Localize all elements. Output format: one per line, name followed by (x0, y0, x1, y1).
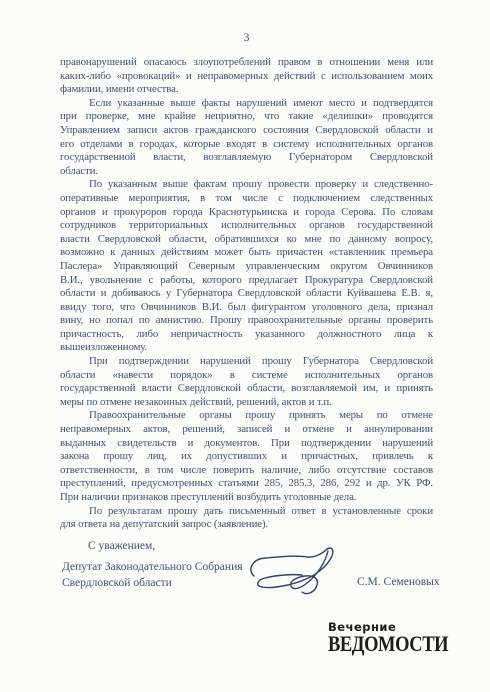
signature-scribble-icon (244, 546, 346, 606)
text-line: для ответа на депутатский запрос (заявле… (60, 518, 433, 532)
paragraph: По результатам прошу дать письменный отв… (60, 505, 433, 532)
text-line: причастность, либо непричастность указан… (60, 328, 433, 342)
signer-role-line2: Свердловской области (62, 576, 243, 592)
signer-name: С.М. Семеновых (357, 576, 440, 588)
paragraph: Правоохранительные органы прошу принять … (60, 409, 433, 504)
text-line: Если указанные выше факты нарушений имею… (60, 97, 433, 111)
page-number: 3 (60, 30, 433, 45)
logo-word-bottom: ВЕДОМОСТИ (328, 633, 448, 654)
text-line: вышеизложенному. (60, 341, 433, 355)
text-line: По указанным выше фактам прошу провести … (60, 178, 433, 192)
text-line: Паслера» Управляющий Северным управленче… (60, 260, 433, 274)
text-line: Правоохранительные органы прошу принять … (60, 409, 433, 423)
text-line: правонарушений опасаюсь злоупотреблений … (60, 56, 433, 70)
text-line: оперативные мероприятия, в том числе с п… (60, 192, 433, 206)
text-line: возможно к данных действиям может быть п… (60, 246, 433, 260)
text-line: области «навести порядок» в системе испо… (60, 369, 433, 383)
text-line: государственной власти Свердловской обла… (60, 382, 433, 396)
paragraph: При подтверждении нарушений прошу Губерн… (60, 355, 433, 409)
text-line: закона прошу лиц, их допустивших и прича… (60, 450, 433, 464)
paragraph: правонарушений опасаюсь злоупотреблений … (60, 56, 433, 97)
text-line: его отделами в городах, которые входят в… (60, 138, 433, 152)
text-line: Управлением записи актов гражданского со… (60, 124, 433, 138)
newspaper-logo: Вечерние ВЕДОМОСТИ (328, 621, 471, 654)
letter-body: правонарушений опасаюсь злоупотреблений … (60, 56, 433, 532)
paragraph: Если указанные выше факты нарушений имею… (60, 97, 433, 179)
text-line: органов и прокуроров города Краснотурьин… (60, 206, 433, 220)
text-line: неправомерных актов, решений, записей и … (60, 423, 433, 437)
text-line: сотрудников территориальных исполнительн… (60, 219, 433, 233)
text-line: государственной власти, возглавляемую Гу… (60, 151, 433, 165)
text-line: вину, но попал по амнистию. Прошу правоо… (60, 314, 433, 328)
salutation: С уважением, (88, 540, 155, 552)
text-line: преступлений, предусмотренных статьями 2… (60, 477, 433, 491)
text-line: По результатам прошу дать письменный отв… (60, 505, 433, 519)
text-line: фамилии, имени отчества. (60, 83, 433, 97)
text-line: меры по отмене незаконных действий, реше… (60, 396, 433, 410)
paragraph: По указанным выше фактам прошу провести … (60, 178, 433, 355)
signer-role-line1: Депутат Законодательного Собрания (62, 560, 243, 576)
text-line: власти Свердловской области, обратившихс… (60, 233, 433, 247)
text-line: каких-либо «провокаций» и неправомерных … (60, 70, 433, 84)
letter-page: 3 правонарушений опасаюсь злоупотреблени… (0, 0, 490, 692)
text-line: области и добиваюсь у Губернатора Свердл… (60, 287, 433, 301)
text-line: В.И., увольнение с работы, которого пред… (60, 274, 433, 288)
signer-role: Депутат Законодательного Собрания Свердл… (62, 560, 243, 591)
text-line: ввиду того, что Овчинников В.И. был фигу… (60, 301, 433, 315)
text-line: При подтверждении нарушений прошу Губерн… (60, 355, 433, 369)
text-line: при проверке, мне крайне неприятно, что … (60, 110, 433, 124)
text-line: области. (60, 165, 433, 179)
text-line: выданных свидетельств и документов. При … (60, 437, 433, 451)
text-line: ответственности, в том числе поверить на… (60, 464, 433, 478)
text-line: При наличии признаков преступлений возбу… (60, 491, 433, 505)
